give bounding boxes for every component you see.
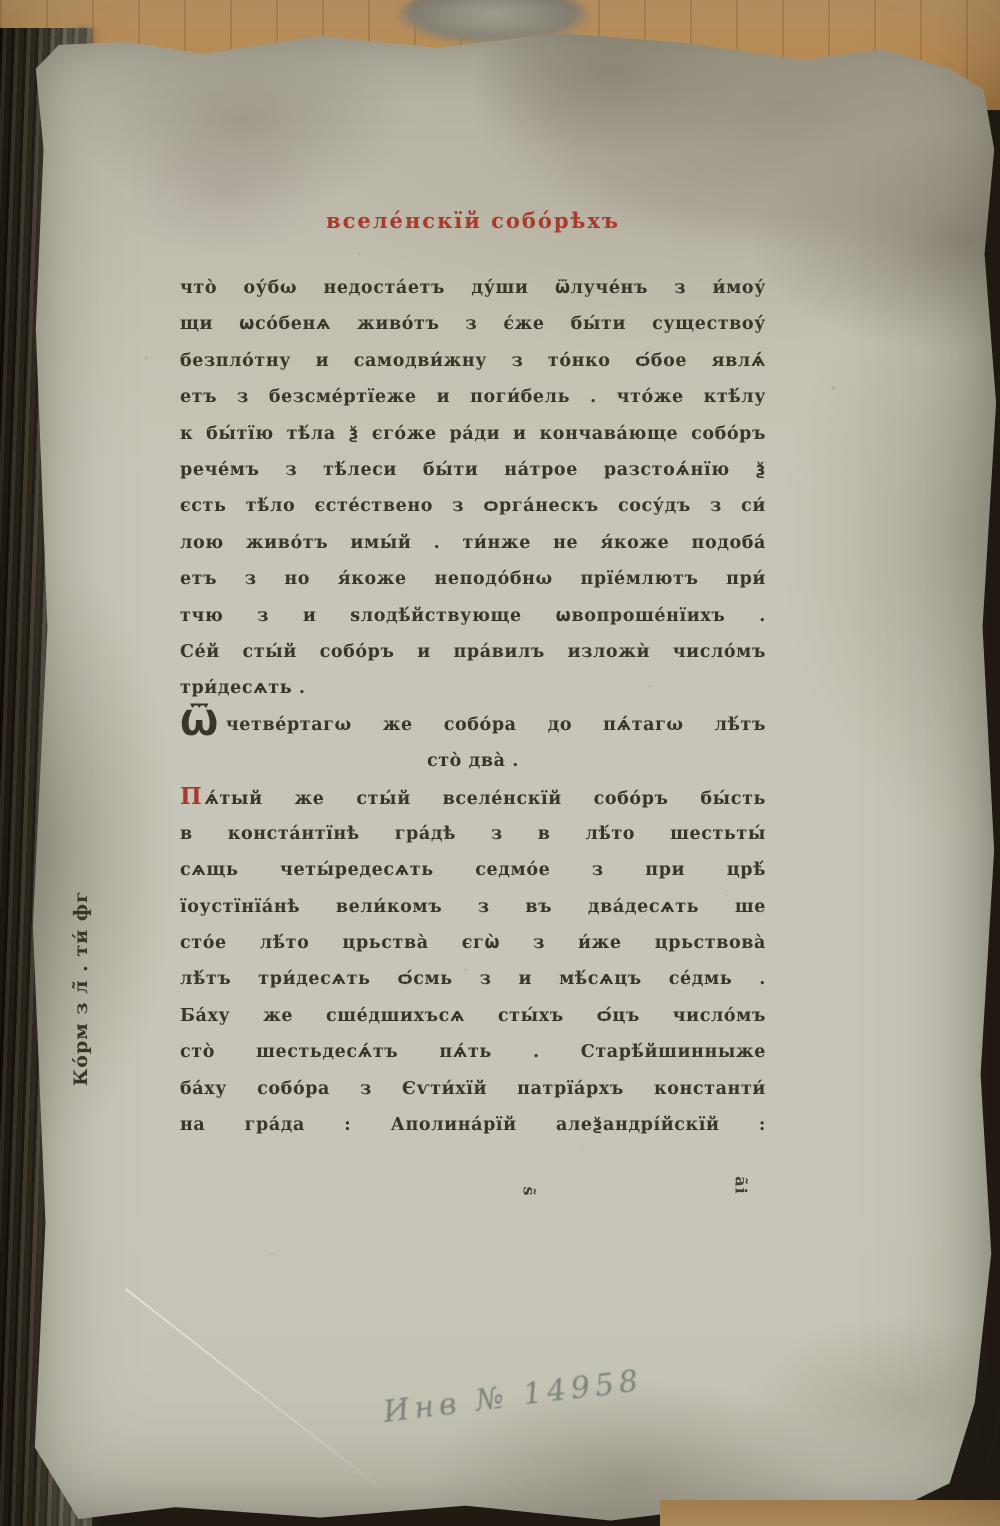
book-page: вселе́нскїй собо́рѣхъ что̀ оу́бω недоста… [30, 30, 998, 1522]
text-line: лѣ́тъ три́десѧть ѻ́смь з и мѣ́сѧцъ се́дм… [180, 961, 766, 997]
text-line: етъ з безсме́ртїеже и поги́бель . что́же… [180, 379, 766, 415]
text-line: в конста́нтїнѣ гра́дѣ з в лѣ́то шестьты́ [180, 816, 766, 852]
text-line: ба́ху собо́ра з Єѵти́хїй патрїа́рхъ конс… [180, 1071, 766, 1107]
wooden-table-bottom [660, 1500, 1000, 1526]
text-line: безпло́тну и самодви́жну з то́нко ѻ́бое … [180, 343, 766, 379]
text-line: на гра́да : Аполина́рїй алеѯандрі́йскїй … [180, 1107, 766, 1143]
text-line: что̀ оу́бω недоста́етъ ду́ши ѿлуче́нъ з … [180, 270, 766, 306]
text-line: щи ѡсо́бенѧ живо́тъ з є́же бы́ти существ… [180, 306, 766, 342]
text-line: сто̀ два̀ . [180, 743, 766, 779]
quire-signature-left: ѕ̃ [520, 1186, 539, 1196]
ornate-initial-letter: Ѿ [180, 703, 219, 744]
paper-fold-crease [125, 1288, 378, 1487]
text-line: етъ з но я́коже неподо́бнω прїе́млютъ пр… [180, 561, 766, 597]
text-line: їоустїнїа́нѣ вели́комъ з въ два́десѧть ш… [180, 889, 766, 925]
running-title: вселе́нскїй собо́рѣхъ [180, 208, 766, 244]
main-text-block: что̀ оу́бω недоста́етъ ду́ши ѿлуче́нъ з … [180, 270, 766, 1143]
text-line: рече́мъ з тѣ́леси бы́ти на́трое разстоѧ́… [180, 452, 766, 488]
text-line: єсть тѣ́ло єсте́ствено з ѻрга́нескъ сосу… [180, 488, 766, 524]
text-line: к бы́тїю тѣ́ла ѯ єго́же ра́ди и кончава́… [180, 416, 766, 452]
text-line: тчю з и ѕлодѣ́йствующе ѡвопроше́нїихъ . [180, 598, 766, 634]
photograph-of-book-page: вселе́нскїй собо́рѣхъ что̀ оу́бω недоста… [0, 0, 1000, 1526]
handwritten-margin-note: Ко́рм з л̃ . ти́ фг [70, 856, 96, 1086]
red-initial-letter: П [180, 783, 202, 810]
pencil-inventory-number: Инв № 14958 [381, 1349, 762, 1430]
text-line: сто́е лѣ́то црьства̀ єгѡ̀ з и́же црьство… [180, 925, 766, 961]
text-line: три́десѧть . [180, 670, 766, 706]
text-line: сѧщь четы́редесѧть седмо́е з при црѣ́ [180, 852, 766, 888]
quire-signature-right: а̃і [732, 1176, 751, 1194]
text-line: сто̀ шестьдесѧ́тъ пѧ́ть . Старѣ́йшинныже [180, 1034, 766, 1070]
text-line: Ѿчетве́ртагω же собо́ра до пѧ́тагω лѣ́тъ [180, 707, 766, 743]
text-line: Пѧ́тый же сты́й вселе́нскїй собо́ръ бы́с… [180, 779, 766, 815]
text-line: Се́й сты́й собо́ръ и пра́вилъ изложѝ чис… [180, 634, 766, 670]
text-line: Ба́ху же сше́дшихъсѧ сты́хъ ѻ́цъ число́м… [180, 998, 766, 1034]
text-line: лою живо́тъ имы́й . ти́нже не я́коже под… [180, 525, 766, 561]
